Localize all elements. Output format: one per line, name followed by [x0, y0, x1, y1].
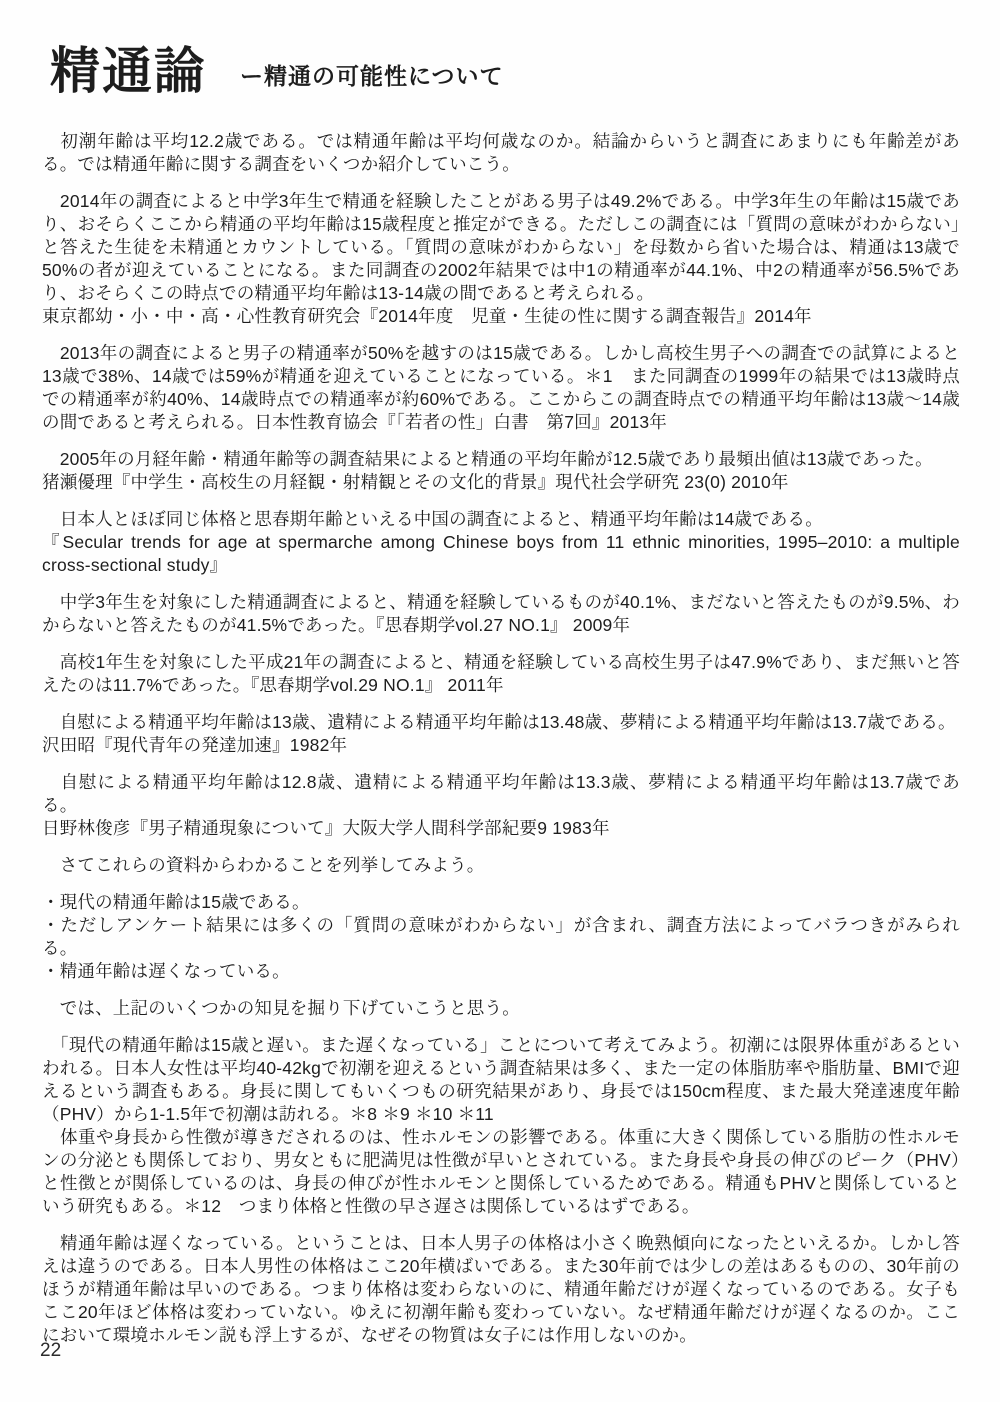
paragraph-discussion-menarche: 「現代の精通年齢は15歳と遅い。また遅くなっている」ことについて考えてみよう。初…: [42, 1034, 960, 1218]
title-block: 精通論 ー精通の可能性について: [50, 46, 960, 96]
bullet-list: ・現代の精通年齢は15歳である。 ・ただしアンケート結果には多くの「質問の意味が…: [42, 891, 960, 983]
page-subtitle: ー精通の可能性について: [240, 58, 504, 96]
paragraph-survey-2005: 2005年の月経年齢・精通年齢等の調査結果によると精通の平均年齢が12.5歳であ…: [42, 448, 960, 494]
paragraph-intro: 初潮年齢は平均12.2歳である。では精通年齢は平均何歳なのか。結論からいうと調査…: [42, 130, 960, 176]
paragraph-survey-jhs3: 中学3年生を対象にした精通調査によると、精通を経験しているものが40.1%、まだ…: [42, 591, 960, 637]
document-body: 初潮年齢は平均12.2歳である。では精通年齢は平均何歳なのか。結論からいうと調査…: [42, 130, 960, 1347]
paragraph-survey-1982: 自慰による精通平均年齢は13歳、遺精による精通平均年齢は13.48歳、夢精による…: [42, 711, 960, 757]
page-number: 22: [40, 1340, 61, 1362]
paragraph-discussion-trend: 精通年齢は遅くなっている。ということは、日本人男子の体格は小さく晩熟傾向になった…: [42, 1232, 960, 1347]
paragraph-survey-2013: 2013年の調査によると男子の精通率が50%を越すのは15歳である。しかし高校生…: [42, 342, 960, 434]
paragraph-survey-2014: 2014年の調査によると中学3年生で精通を経験したことがある男子は49.2%であ…: [42, 190, 960, 328]
paragraph-survey-china: 日本人とほぼ同じ体格と思春期年齢といえる中国の調査によると、精通平均年齢は14歳…: [42, 508, 960, 577]
page-title: 精通論: [50, 46, 206, 96]
paragraph-survey-hs1: 高校1年生を対象にした平成21年の調査によると、精通を経験している高校生男子は4…: [42, 651, 960, 697]
document-page: 精通論 ー精通の可能性について 初潮年齢は平均12.2歳である。では精通年齢は平…: [0, 0, 1000, 1402]
paragraph-survey-1983: 自慰による精通平均年齢は12.8歳、遺精による精通平均年齢は13.3歳、夢精によ…: [42, 771, 960, 840]
paragraph-summary-lead: さてこれらの資料からわかることを列挙してみよう。: [42, 854, 960, 877]
paragraph-transition: では、上記のいくつかの知見を掘り下げていこうと思う。: [42, 997, 960, 1020]
